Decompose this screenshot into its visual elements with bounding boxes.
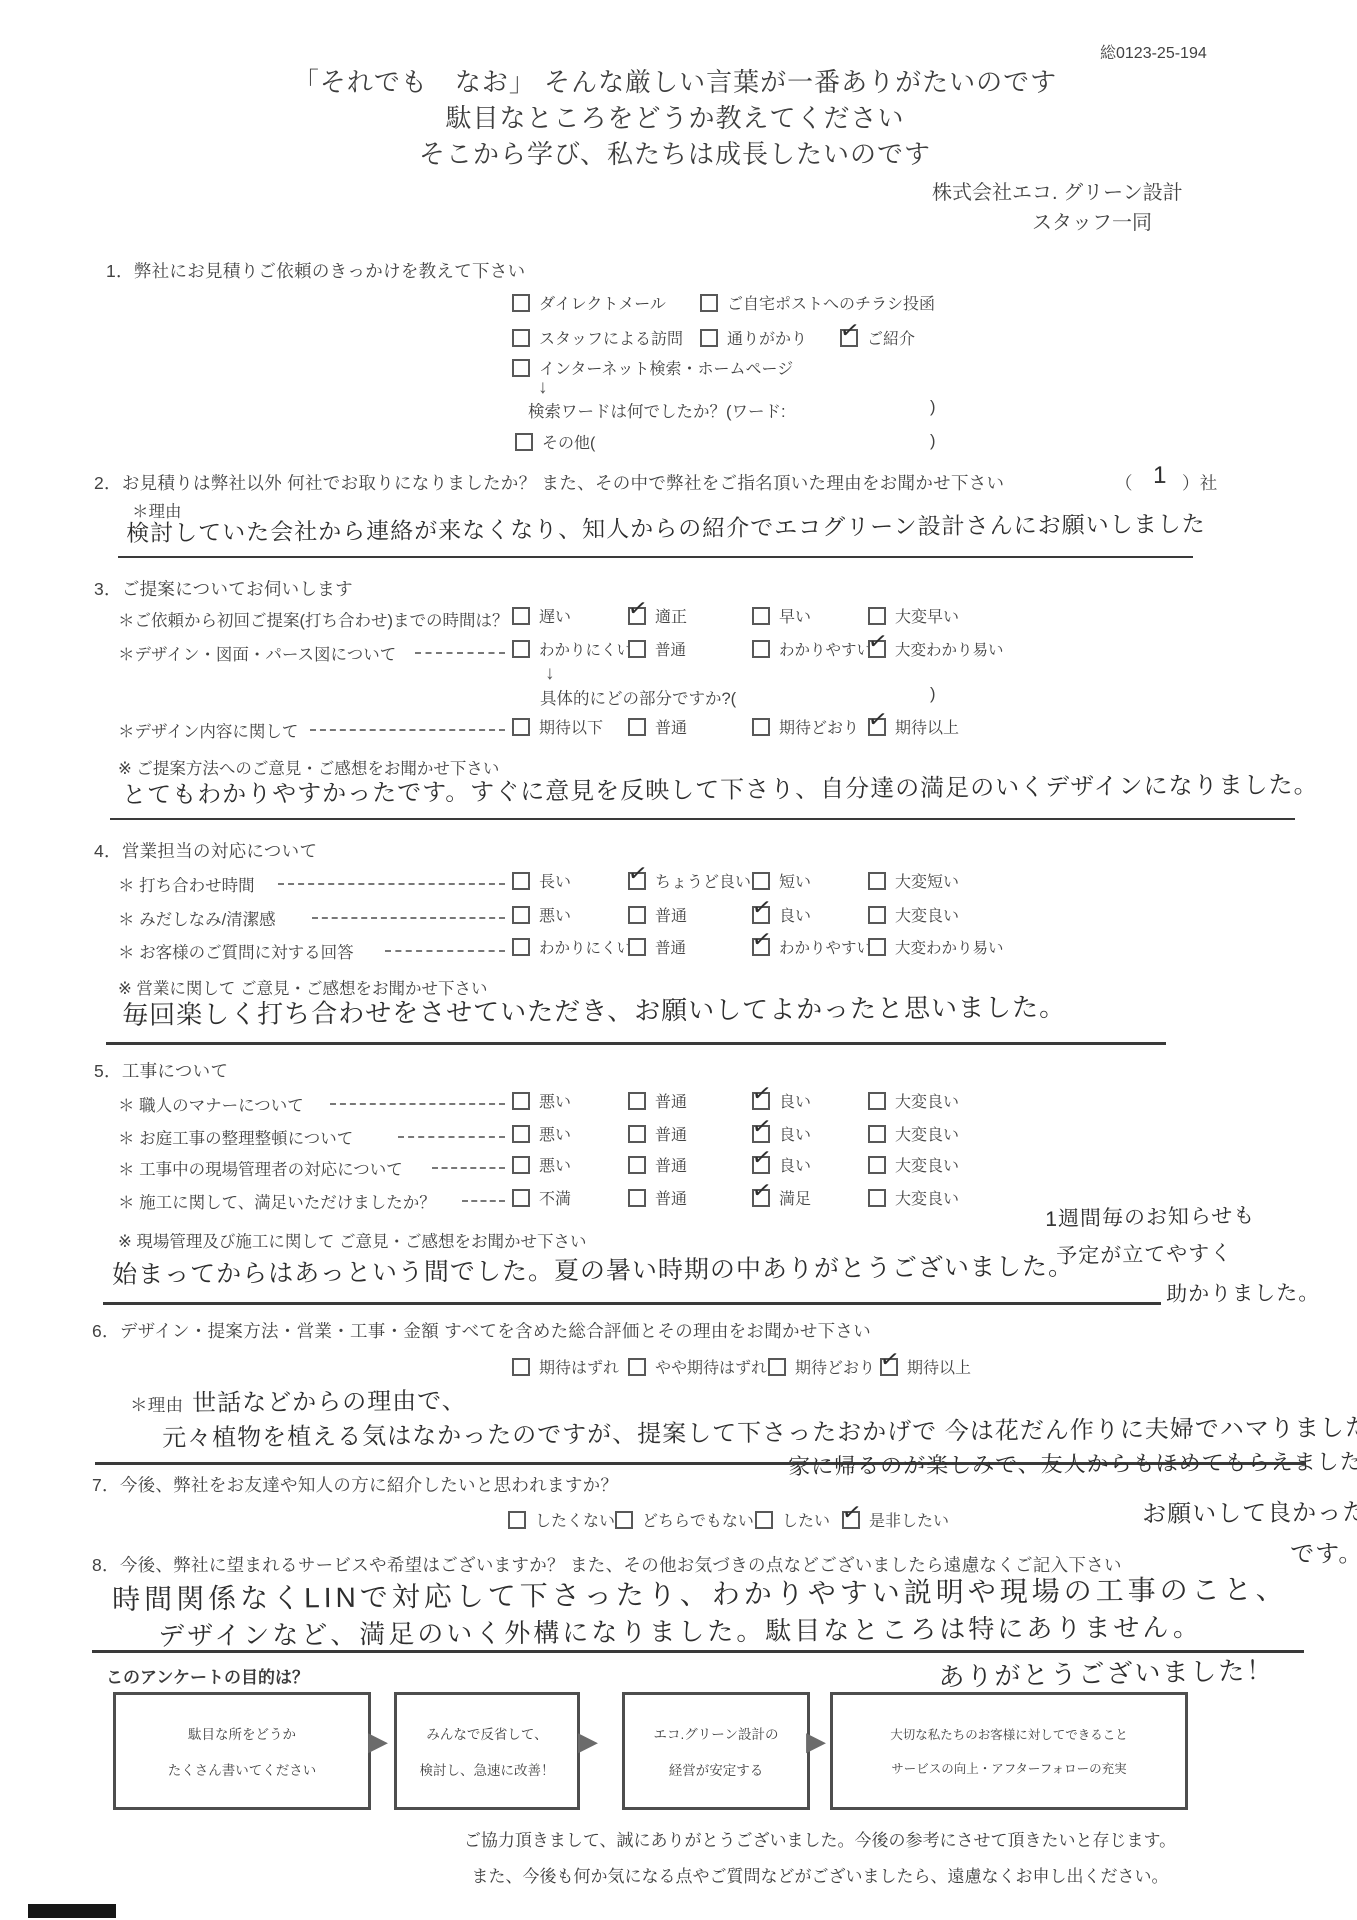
purpose-box-line: エコ.グリーン設計の [654,1723,779,1743]
option-label: 期待以下 [539,715,603,738]
q5-row3-label: ＊ 工事中の現場管理者の対応について [118,1156,403,1180]
q1-option-other: その他( [515,430,595,453]
q5-row1-option-3: 良い [752,1089,811,1112]
q5-margin-note-line-2: 予定が立てやすく [1056,1237,1232,1270]
flow-arrow-icon: ▶ [806,1726,826,1757]
q6-option-4: 期待以上 [880,1355,971,1378]
q1-option-internet: インターネット検索・ホームページ [512,356,793,379]
q5-row1-option-4: 大変良い [868,1089,959,1112]
q3-row1-option-3: 早い [752,604,811,627]
q5-row2-label: ＊ お庭工事の整理整頓について [118,1125,353,1149]
checkbox[interactable] [628,1189,646,1207]
checkbox[interactable] [868,938,886,956]
footer-line-1: ご協力頂きまして、誠にありがとうございました。今後の参考にさせて頂きたいと存じま… [280,1826,1357,1851]
option-label: 普通 [655,903,687,926]
q3-detail-prompt: 具体的にどの部分ですか?( [540,685,736,709]
checkbox[interactable] [868,1156,886,1174]
q4-row2-option-2: 普通 [628,903,687,926]
option-label: 短い [779,869,811,892]
dotted-leader [330,1103,505,1105]
option-label: その他( [542,430,595,453]
option-label: 大変良い [895,1186,959,1209]
option-label: わかりやすい [779,936,872,958]
q6-option-3: 期待どおり [768,1355,875,1378]
q5-row4-option-1: 不満 [512,1186,571,1209]
page-title-line-3: そこから学び、私たちは成長したいのです [60,134,1290,171]
option-label: 通りがかり [727,326,807,349]
option-label: 普通 [655,715,687,738]
q4-row3-option-3: わかりやすい [752,936,872,958]
q4-row3-option-4: 大変わかり易い [868,936,1004,958]
purpose-box-2: みんなで反省して、 検討し、急速に改善！ [394,1692,580,1810]
purpose-box-line: 大切な私たちのお客様に対してできること [890,1725,1128,1743]
q5-row4-option-2: 普通 [628,1186,687,1209]
checkbox[interactable] [628,1125,646,1143]
q7-option-4: 是非したい [842,1508,949,1531]
option-label: 不満 [539,1186,571,1209]
q4-row3-option-1: わかりにくい [512,936,632,958]
checkbox[interactable] [768,1358,786,1376]
checkbox[interactable] [615,1511,633,1529]
purpose-box-line: たくさん書いてください [168,1759,317,1779]
q1-search-prompt: 検索ワードは何でしたか？(ワード: [528,398,786,422]
page-title-line-1: 「それでも なお」 そんな厳しい言葉が一番ありがたいのです [60,62,1290,99]
footer-line-2: また、今後も何か気になる点やご質問などがございましたら、遠慮なくお申し出ください… [280,1862,1357,1887]
option-label: 悪い [539,1153,571,1176]
q3-row3-option-1: 期待以下 [512,715,603,738]
q7-note-above-handwritten: 家に帰るのが楽しみで、友人からもほめてもらえました。 [788,1445,1357,1481]
q4-row1-option-2: ちょうど良い [628,869,751,892]
checkbox[interactable] [508,1511,526,1529]
q4-title: 4．営業担当の対応について [94,838,317,863]
checkbox[interactable] [840,329,858,347]
q2-paren-close: ）社 [1182,470,1218,495]
answer-underline [110,818,1295,820]
checkbox[interactable] [628,607,646,625]
q5-row3-option-2: 普通 [628,1153,687,1176]
option-label: ダイレクトメール [539,291,666,314]
option-label: 長い [539,869,571,892]
option-label: 大変早い [895,604,959,627]
checkbox[interactable] [752,938,770,956]
q3-row1-option-4: 大変早い [868,604,959,627]
option-label: したくない [535,1508,615,1531]
q4-row3-option-2: 普通 [628,936,686,958]
checkbox[interactable] [755,1511,773,1529]
checkbox[interactable] [512,294,530,312]
checkbox[interactable] [628,640,646,658]
dotted-leader [278,883,505,885]
q6-reason-label: ＊理由 [130,1392,183,1417]
checkbox[interactable] [752,906,770,924]
q5-row4-option-3: 満足 [752,1186,811,1209]
checkbox[interactable] [868,718,886,736]
q5-row2-option-2: 普通 [628,1122,687,1145]
q5-row3-option-3: 良い [752,1153,811,1176]
q5-row4-option-4: 大変良い [868,1186,959,1209]
q2-companies-count-handwritten: 1 [1153,462,1168,490]
q4-row2-option-3: 良い [752,903,811,926]
checkbox[interactable] [868,1125,886,1143]
q5-margin-note-line-3: 助かりました。 [1166,1277,1320,1308]
option-label: どちらでもない [642,1508,754,1531]
q1-option-staff-visit: スタッフによる訪問 [512,326,683,349]
q3-row1-option-1: 遅い [512,604,571,627]
option-label: 期待以上 [895,715,959,738]
checkbox[interactable] [868,1189,886,1207]
q7-option-2: どちらでもない [615,1508,754,1531]
option-label: 良い [779,1089,811,1112]
purpose-box-line: サービスの向上・アフターフォローの充実 [891,1759,1126,1777]
option-label: 大変わかり易い [895,936,1004,958]
purpose-box-4: 大切な私たちのお客様に対してできること サービスの向上・アフターフォローの充実 [830,1692,1188,1810]
dotted-leader [432,1167,505,1169]
checkbox[interactable] [512,1125,530,1143]
q3-row2-option-3: わかりやすい [752,638,872,660]
q1-title: 1．弊社にお見積りご依頼のきっかけを教えて下さい [106,258,525,283]
q1-option-direct-mail: ダイレクトメール [512,291,666,314]
checkbox[interactable] [512,906,530,924]
checkbox[interactable] [515,433,533,451]
option-label: 大変良い [895,1122,959,1145]
q5-title: 5．工事について [94,1058,228,1083]
purpose-box-1: 駄目な所をどうか たくさん書いてください [113,1692,371,1810]
q5-answer-handwritten: 始まってからはあっという間でした。夏の暑い時期の中ありがとうございました。 [112,1247,1074,1291]
q3-row2-option-1: わかりにくい [512,638,632,660]
option-label: 悪い [539,903,571,926]
q1-option-flyer: ご自宅ポストへのチラシ投函 [700,291,935,314]
checkbox[interactable] [752,718,770,736]
company-staff: スタッフ一同 [1032,206,1152,235]
q3-row1-option-2: 適正 [628,604,687,627]
q6-option-2: やや期待はずれ [628,1355,767,1378]
checkbox[interactable] [752,1189,770,1207]
checkbox[interactable] [880,1358,898,1376]
option-label: 大変良い [895,1153,959,1176]
q4-row1-option-1: 長い [512,869,571,892]
scan-artifact [28,1904,116,1918]
option-label: 期待以上 [907,1355,971,1378]
option-label: 普通 [655,638,686,660]
option-label: やや期待はずれ [655,1355,767,1378]
checkbox[interactable] [512,359,530,377]
option-label: わかりやすい [779,638,872,660]
checkbox[interactable] [752,1125,770,1143]
checkbox[interactable] [628,872,646,890]
q3-title: 3．ご提案についてお伺いします [94,576,353,601]
checkbox[interactable] [868,640,886,658]
option-label: 悪い [539,1089,571,1112]
option-label: 良い [779,903,811,926]
q5-row2-option-4: 大変良い [868,1122,959,1145]
checkbox[interactable] [868,607,886,625]
checkbox[interactable] [628,718,646,736]
option-label: したい [782,1508,830,1531]
checkbox[interactable] [628,906,646,924]
q6-title: 6．デザイン・提案方法・営業・工事・金額 すべてを含めた総合評価とその理由をお聞… [92,1318,871,1343]
answer-underline [106,1042,1166,1045]
q3-row2-option-4: 大変わかり易い [868,638,1004,660]
q2-paren-open: （ [1115,470,1133,495]
q4-row1-option-3: 短い [752,869,811,892]
checkbox[interactable] [512,872,530,890]
q7-note-right-line-2-handwritten: です。 [1290,1533,1357,1569]
checkbox[interactable] [628,938,646,956]
option-label: 大変わかり易い [895,638,1004,660]
option-label: 満足 [779,1186,811,1209]
q3-detail-close-paren: ) [930,685,936,704]
q7-option-3: したい [755,1508,830,1531]
option-label: 期待どおり [795,1355,875,1378]
q5-row2-option-3: 良い [752,1122,811,1145]
checkbox[interactable] [868,906,886,924]
q2-answer-handwritten: 検討していた会社から連絡が来なくなり、知人からの紹介でエコグリーン設計さんにお願… [126,506,1206,548]
q5-row3-option-4: 大変良い [868,1153,959,1176]
option-label: 悪い [539,1122,571,1145]
company-name: 株式会社エコ. グリーン設計 [932,176,1183,205]
q4-row1-option-4: 大変短い [868,869,959,892]
purpose-box-line: 検討し、急速に改善！ [420,1759,555,1779]
dotted-leader [462,1200,505,1202]
down-arrow-icon: ↓ [538,377,548,399]
option-label: インターネット検索・ホームページ [539,356,793,379]
q4-row1-label: ＊ 打ち合わせ時間 [118,872,255,896]
option-label: ご自宅ポストへのチラシ投函 [727,291,935,314]
checkbox[interactable] [868,1092,886,1110]
down-arrow-icon: ↓ [545,663,555,685]
option-label: 普通 [655,1089,687,1112]
q7-note-right-line-1-handwritten: お願いして良かった [1142,1492,1357,1529]
option-label: 遅い [539,604,571,627]
option-label: 是非したい [869,1508,949,1531]
q5-row2-option-1: 悪い [512,1122,571,1145]
q3-row3-option-3: 期待どおり [752,715,859,738]
q3-row1-label: ＊ご依頼から初回ご提案(打ち合わせ)までの時間は？ [118,607,509,631]
checkbox[interactable] [512,718,530,736]
q1-other-close-paren: ) [930,432,936,451]
q3-row3-option-2: 普通 [628,715,687,738]
option-label: わかりにくい [539,638,632,660]
checkbox[interactable] [752,1156,770,1174]
q3-row2-label: ＊デザイン・図面・パース図について [118,641,396,665]
checkbox[interactable] [512,938,530,956]
q6-answer-line-1-handwritten: 世話などからの理由で、 [192,1381,467,1418]
checkbox[interactable] [512,329,530,347]
q3-row3-label: ＊デザイン内容に関して [118,718,298,742]
checkbox[interactable] [512,1156,530,1174]
q3-row2-option-2: 普通 [628,638,686,660]
checkbox[interactable] [752,607,770,625]
dotted-leader [385,950,505,952]
option-label: スタッフによる訪問 [539,326,683,349]
q5-row1-label: ＊ 職人のマナーについて [118,1092,304,1116]
q5-row1-option-1: 悪い [512,1089,571,1112]
dotted-leader [415,652,505,654]
option-label: 期待どおり [779,715,859,738]
dotted-leader [310,729,505,731]
answer-underline [118,556,1193,558]
checkbox[interactable] [512,607,530,625]
doc-code: 総0123-25-194 [1100,40,1207,63]
q5-row1-option-2: 普通 [628,1089,687,1112]
q7-title: 7．今後、弊社をお友達や知人の方に紹介したいと思われますか？ [92,1472,618,1497]
purpose-title: このアンケートの目的は？ [106,1663,309,1688]
checkbox[interactable] [700,329,718,347]
q8-thanks-handwritten: ありがとうございました！ [938,1650,1275,1694]
q7-option-1: したくない [508,1508,615,1531]
q8-answer-line-2-handwritten: デザインなど、満足のいく外構になりました。駄目なところは特にありません。 [158,1607,1202,1653]
checkbox[interactable] [512,1189,530,1207]
checkbox[interactable] [628,1156,646,1174]
option-label: 適正 [655,604,687,627]
option-label: 普通 [655,936,686,958]
q3-row3-option-4: 期待以上 [868,715,959,738]
purpose-box-3: エコ.グリーン設計の 経営が安定する [622,1692,810,1810]
checkbox[interactable] [752,872,770,890]
page-title-line-2: 駄目なところをどうか教えてください [60,98,1290,135]
answer-underline [103,1302,1161,1305]
flow-arrow-icon: ▶ [578,1726,598,1757]
option-label: ちょうど良い [655,869,751,892]
option-label: 大変短い [895,869,959,892]
checkbox[interactable] [700,294,718,312]
checkbox[interactable] [752,640,770,658]
q1-option-passing-by: 通りがかり [700,326,807,349]
q4-row3-label: ＊ お客様のご質問に対する回答 [118,939,354,963]
checkbox[interactable] [752,1092,770,1110]
q2-title: 2．お見積りは弊社以外 何社でお取りになりましたか？ また、その中で弊社をご指名… [94,470,1004,495]
q6-option-1: 期待はずれ [512,1355,619,1378]
q5-row3-option-1: 悪い [512,1153,571,1176]
option-label: 普通 [655,1122,687,1145]
q5-margin-note-line-1: 1週間毎のお知らせも [1045,1199,1256,1233]
purpose-box-line: 駄目な所をどうか [188,1723,296,1743]
checkbox[interactable] [512,640,530,658]
survey-page: 総0123-25-194 「それでも なお」 そんな厳しい言葉が一番ありがたいの… [0,0,1357,1920]
option-label: わかりにくい [539,936,632,958]
dotted-leader [398,1136,505,1138]
option-label: 早い [779,604,811,627]
option-label: 普通 [655,1186,687,1209]
checkbox[interactable] [628,1092,646,1110]
q4-answer-handwritten: 毎回楽しく打ち合わせをさせていただき、お願いしてよかったと思いました。 [122,987,1066,1032]
q4-row2-label: ＊ みだしなみ/清潔感 [118,906,276,930]
dotted-leader [312,917,505,919]
checkbox[interactable] [512,1358,530,1376]
option-label: 良い [779,1153,811,1176]
q1-search-close-paren: ) [930,398,936,417]
q5-row4-label: ＊ 施工に関して、満足いただけましたか？ [118,1189,436,1213]
option-label: 普通 [655,1153,687,1176]
purpose-box-line: 経営が安定する [669,1759,764,1779]
q4-row2-option-4: 大変良い [868,903,959,926]
flow-arrow-icon: ▶ [368,1726,388,1757]
checkbox[interactable] [868,872,886,890]
checkbox[interactable] [842,1511,860,1529]
option-label: 良い [779,1122,811,1145]
q4-row2-option-1: 悪い [512,903,571,926]
option-label: 大変良い [895,903,959,926]
purpose-box-line: みんなで反省して、 [426,1723,547,1743]
option-label: 大変良い [895,1089,959,1112]
option-label: 期待はずれ [539,1355,619,1378]
q5-comment-label: ※ 現場管理及び施工に関して ご意見・ご感想をお聞かせ下さい [118,1228,587,1252]
checkbox[interactable] [628,1358,646,1376]
checkbox[interactable] [512,1092,530,1110]
q1-option-referral: ご紹介 [840,326,915,349]
option-label: ご紹介 [867,326,915,349]
